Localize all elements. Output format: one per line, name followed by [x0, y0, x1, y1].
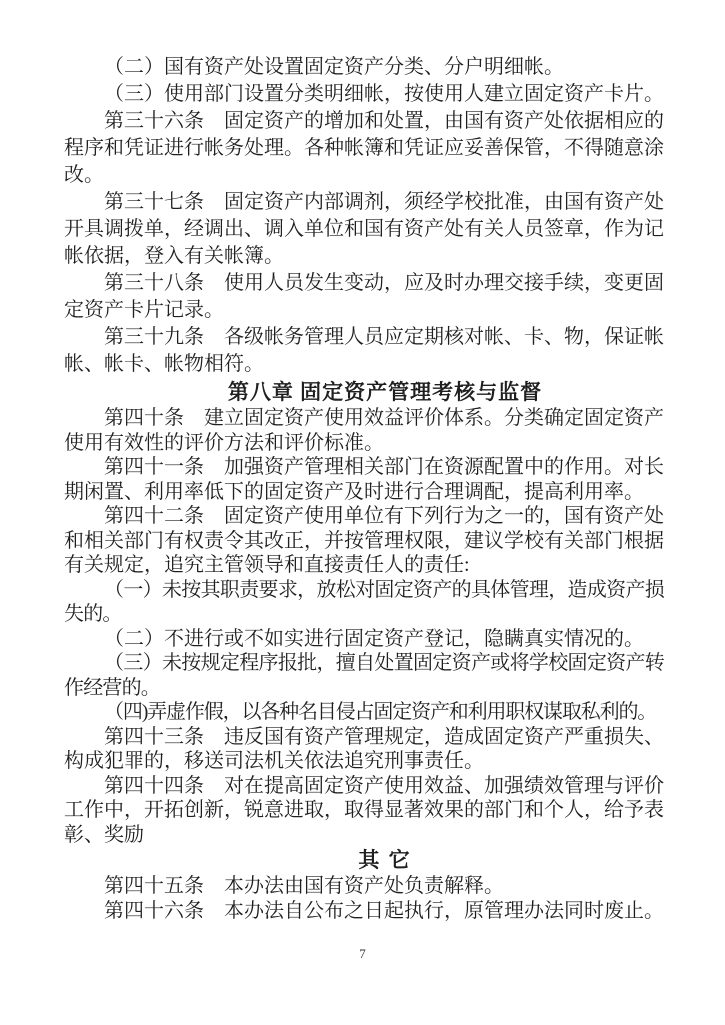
article-37: 第三十七条 固定资产内部调剂，须经学校批准，由国有资产处开具调拨单，经调出、调入…: [64, 189, 664, 270]
document-content: （二）国有资产处设置固定资产分类、分户明细帐。 （三）使用部门设置分类明细帐，按…: [64, 54, 664, 923]
page-number: 7: [0, 946, 725, 962]
section-misc: 第四十五条 本办法由国有资产处负责解释。 第四十六条 本办法自公布之日起执行，原…: [64, 874, 664, 923]
violation-item-1: （一）未按其职责要求，放松对固定资产的具体管理，造成资产损失的。: [64, 578, 664, 627]
article-39: 第三十九条 各级帐务管理人员应定期核对帐、卡、物，保证帐帐、帐卡、帐物相符。: [64, 324, 664, 378]
chapter-heading: 第八章 固定资产管理考核与监督: [64, 378, 664, 406]
article-43: 第四十三条 违反国有资产管理规定，造成固定资产严重损失、构成犯罪的，移送司法机关…: [64, 725, 664, 774]
list-item-2: （二）国有资产处设置固定资产分类、分户明细帐。: [64, 54, 664, 81]
section-chapter8-supervision: 第四十条 建立固定资产使用效益评价体系。分类确定固定资产使用有效性的评价方法和评…: [64, 406, 664, 847]
violation-item-3: （三）未按规定程序报批，擅自处置固定资产或将学校固定资产转作经营的。: [64, 651, 664, 700]
article-42: 第四十二条 固定资产使用单位有下列行为之一的，国有资产处和相关部门有权责令其改正…: [64, 504, 664, 578]
article-38: 第三十八条 使用人员发生变动，应及时办理交接手续，变更固定资产卡片记录。: [64, 270, 664, 324]
article-44: 第四十四条 对在提高固定资产使用效益、加强绩效管理与评价工作中，开拓创新，锐意进…: [64, 774, 664, 848]
article-45: 第四十五条 本办法由国有资产处负责解释。: [64, 874, 664, 899]
misc-section-heading: 其 它: [64, 847, 664, 874]
section-chapter7-accounting: （二）国有资产处设置固定资产分类、分户明细帐。 （三）使用部门设置分类明细帐，按…: [64, 54, 664, 378]
list-item-3: （三）使用部门设置分类明细帐，按使用人建立固定资产卡片。: [64, 81, 664, 108]
article-36: 第三十六条 固定资产的增加和处置，由国有资产处依据相应的程序和凭证进行帐务处理。…: [64, 108, 664, 189]
violation-item-2: （二）不进行或不如实进行固定资产登记，隐瞒真实情况的。: [64, 627, 664, 652]
article-46: 第四十六条 本办法自公布之日起执行，原管理办法同时废止。: [64, 899, 664, 924]
violation-item-4: （四)弄虚作假，以各种名目侵占固定资产和利用职权谋取私利的。: [64, 700, 664, 725]
article-41: 第四十一条 加强资产管理相关部门在资源配置中的作用。对长期闲置、利用率低下的固定…: [64, 455, 664, 504]
article-40: 第四十条 建立固定资产使用效益评价体系。分类确定固定资产使用有效性的评价方法和评…: [64, 406, 664, 455]
document-page: （二）国有资产处设置固定资产分类、分户明细帐。 （三）使用部门设置分类明细帐，按…: [0, 0, 725, 1025]
